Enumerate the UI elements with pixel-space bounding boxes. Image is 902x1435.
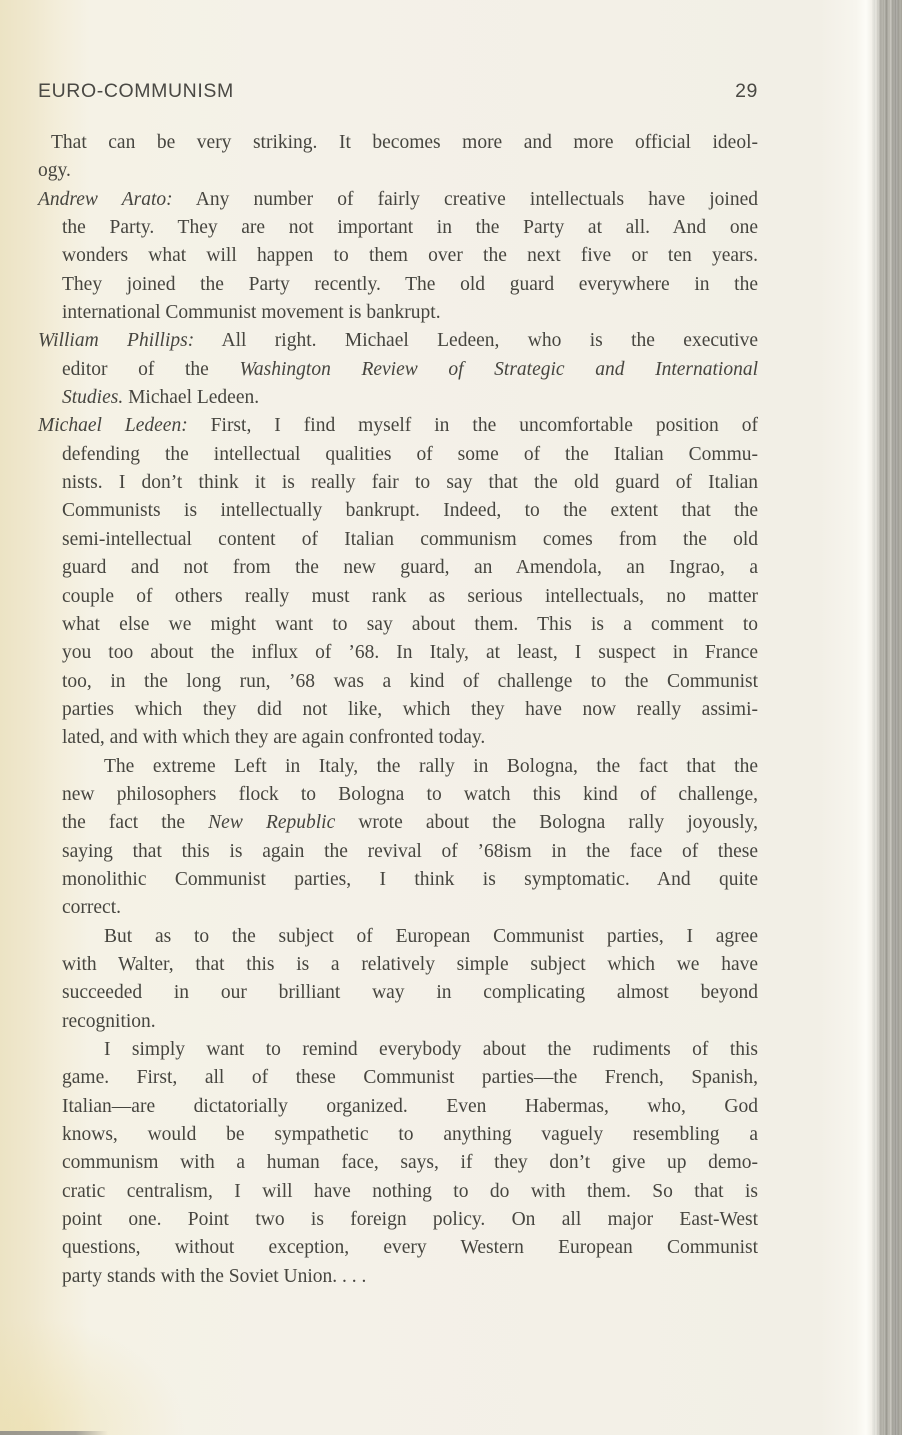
book-page: EURO-COMMUNISM 29 That can be very strik… bbox=[0, 0, 902, 1435]
text-line: recognition. bbox=[62, 1008, 758, 1036]
text-line: new philosophers flock to Bologna to wat… bbox=[62, 781, 758, 809]
page-number: 29 bbox=[735, 80, 758, 103]
text-line: The extreme Left in Italy, the rally in … bbox=[104, 753, 758, 781]
text-line: Studies. Michael Ledeen. bbox=[62, 384, 758, 412]
text-line: ogy. bbox=[38, 157, 758, 185]
italic-text: Washington Review of Strategic and Inter… bbox=[239, 359, 758, 380]
text-line: succeeded in our brilliant way in compli… bbox=[62, 979, 758, 1007]
text-line: nists. I don’t think it is really fair t… bbox=[62, 469, 758, 497]
text-line: editor of the Washington Review of Strat… bbox=[62, 356, 758, 384]
text-line: parties which they did not like, which t… bbox=[62, 696, 758, 724]
text-line: Andrew Arato: Any number of fairly creat… bbox=[38, 186, 758, 214]
text-line: Italian—are dictatorially organized. Eve… bbox=[62, 1093, 758, 1121]
text-line: with Walter, that this is a relatively s… bbox=[62, 951, 758, 979]
text-line: what else we might want to say about the… bbox=[62, 611, 758, 639]
text-line: party stands with the Soviet Union. . . … bbox=[62, 1263, 758, 1291]
text-line: They joined the Party recently. The old … bbox=[62, 271, 758, 299]
text-line: wonders what will happen to them over th… bbox=[62, 242, 758, 270]
text-line: Michael Ledeen: First, I find myself in … bbox=[38, 412, 758, 440]
text-line: game. First, all of these Communist part… bbox=[62, 1064, 758, 1092]
text-line: point one. Point two is foreign policy. … bbox=[62, 1206, 758, 1234]
text-line: But as to the subject of European Commun… bbox=[104, 923, 758, 951]
text-line: William Phillips: All right. Michael Led… bbox=[38, 327, 758, 355]
scan-bottom-edge bbox=[0, 1431, 108, 1435]
text-block: That can be very striking. It becomes mo… bbox=[38, 129, 758, 1291]
text-line: lated, and with which they are again con… bbox=[62, 724, 758, 752]
text-line: the fact the New Republic wrote about th… bbox=[62, 809, 758, 837]
running-title: EURO-COMMUNISM bbox=[38, 80, 234, 103]
text-line: too, in the long run, ’68 was a kind of … bbox=[62, 668, 758, 696]
text-line: semi-intellectual content of Italian com… bbox=[62, 526, 758, 554]
italic-text: New Republic bbox=[208, 812, 335, 833]
book-fore-edge bbox=[872, 0, 902, 1435]
running-header: EURO-COMMUNISM 29 bbox=[38, 80, 758, 103]
text-line: correct. bbox=[62, 894, 758, 922]
text-line: communism with a human face, says, if th… bbox=[62, 1149, 758, 1177]
italic-text: Andrew Arato: bbox=[38, 189, 173, 210]
text-line: Communists is intellectually bankrupt. I… bbox=[62, 497, 758, 525]
text-line: defending the intellectual qualities of … bbox=[62, 441, 758, 469]
text-line: cratic centralism, I will have nothing t… bbox=[62, 1178, 758, 1206]
text-line: you too about the influx of ’68. In Ital… bbox=[62, 639, 758, 667]
text-line: knows, would be sympathetic to anything … bbox=[62, 1121, 758, 1149]
italic-text: Michael Ledeen: bbox=[38, 415, 188, 436]
text-line: That can be very striking. It becomes mo… bbox=[51, 129, 758, 157]
text-line: couple of others really must rank as ser… bbox=[62, 583, 758, 611]
text-line: international Communist movement is bank… bbox=[62, 299, 758, 327]
text-line: questions, without exception, every West… bbox=[62, 1234, 758, 1262]
text-line: saying that this is again the revival of… bbox=[62, 838, 758, 866]
text-line: monolithic Communist parties, I think is… bbox=[62, 866, 758, 894]
text-line: the Party. They are not important in the… bbox=[62, 214, 758, 242]
text-line: guard and not from the new guard, an Ame… bbox=[62, 554, 758, 582]
italic-text: William Phillips: bbox=[38, 330, 194, 351]
text-line: I simply want to remind everybody about … bbox=[104, 1036, 758, 1064]
italic-text: Studies. bbox=[62, 387, 123, 408]
